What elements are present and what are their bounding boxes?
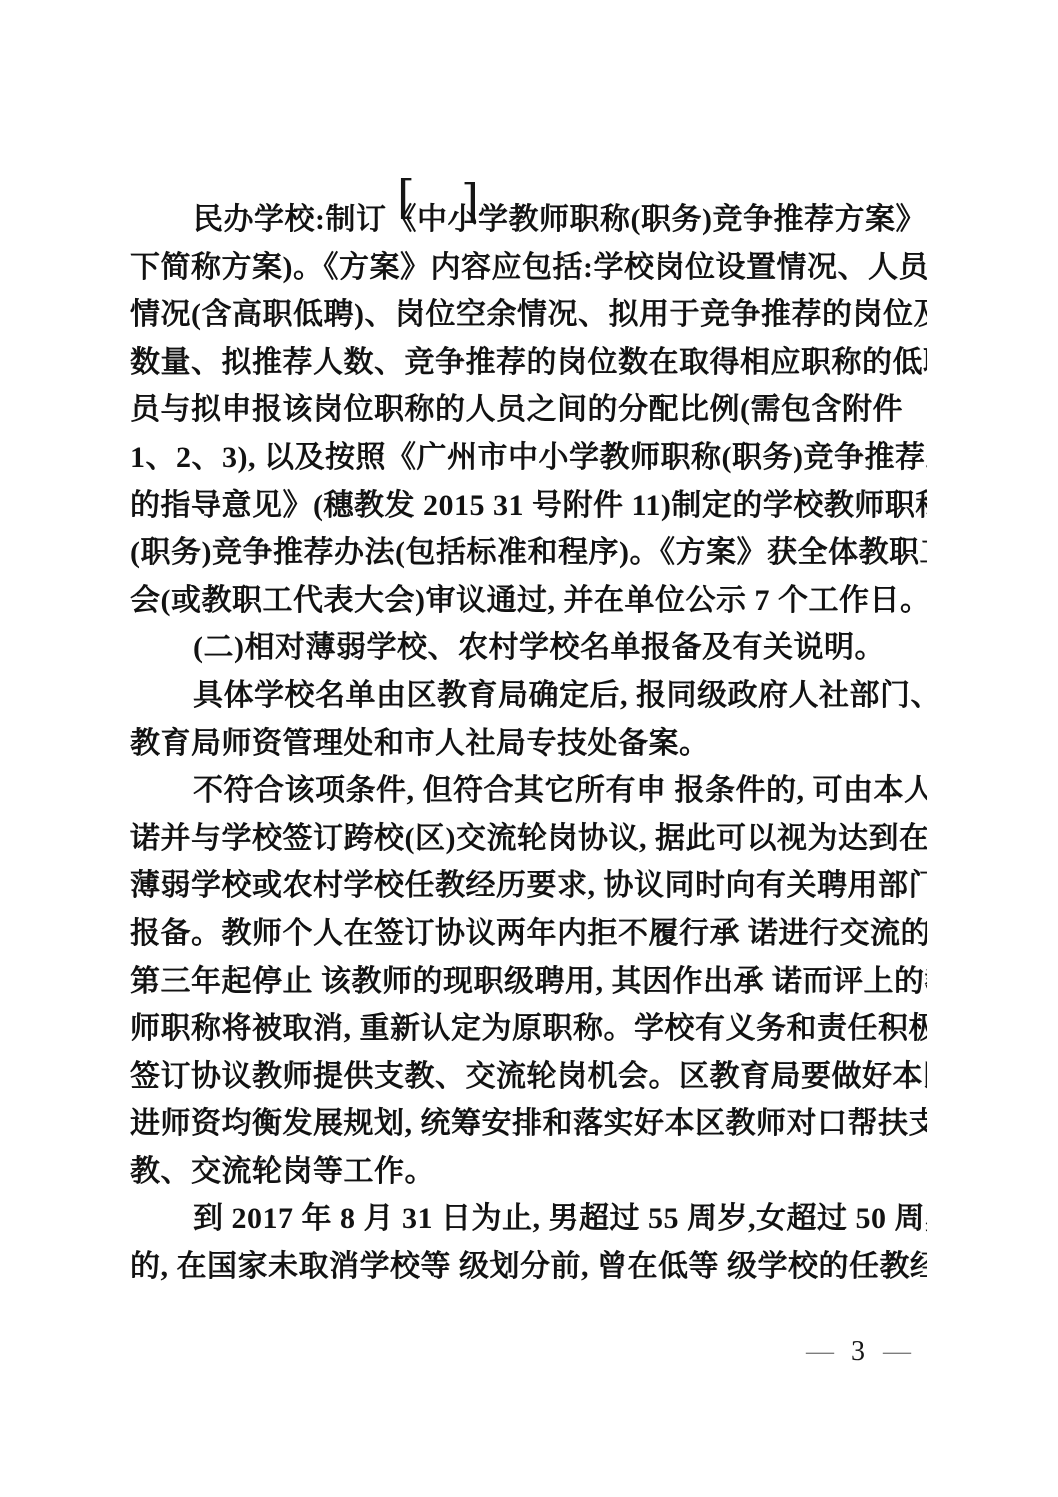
text-line: 具体学校名单由区教育局确定后, 报同级政府人社部门、市 [130, 672, 927, 720]
text-line: 到 2017 年 8 月 31 日为止, 男超过 55 周岁,女超过 50 周岁 [130, 1195, 927, 1243]
text-line: 报备。教师个人在签订协议两年内拒不履行承 诺进行交流的, 从 [130, 910, 927, 958]
page-number-value: 3 [851, 1334, 865, 1370]
document-body: 民办学校:制订《中小学教师职称(职务)竞争推荐方案》(以 下简称方案)。《方案》… [130, 196, 927, 1291]
text-line: 教、交流轮岗等工作。 [130, 1148, 927, 1196]
text-line: 1、2、3), 以及按照《广州市中小学教师职称(职务)竞争推荐工作 [130, 434, 927, 482]
text-line: (职务)竞争推荐办法(包括标准和程序)。《方案》获全体教职工大 [130, 529, 927, 577]
document-page: [ ] 民办学校:制订《中小学教师职称(职务)竞争推荐方案》(以 下简称方案)。… [0, 0, 1058, 1497]
text-line: 会(或教职工代表大会)审议通过, 并在单位公示 7 个工作日。 [130, 577, 927, 625]
text-line: 诺并与学校签订跨校(区)交流轮岗协议, 据此可以视为达到在 [130, 815, 927, 863]
text-line: 情况(含高职低聘)、岗位空余情况、拟用于竞争推荐的岗位及其 [130, 291, 927, 339]
text-line: 数量、拟推荐人数、竞争推荐的岗位数在取得相应职称的低聘人 [130, 339, 927, 387]
text-line: 的指导意见》(穗教发 2015 31 号附件 11)制定的学校教师职称 [130, 482, 927, 530]
page-number-dash-right: — [883, 1334, 910, 1370]
text-line: 不符合该项条件, 但符合其它所有申 报条件的, 可由本人承 [130, 767, 927, 815]
page-number: — 3 — [806, 1334, 910, 1370]
text-line: 教育局师资管理处和市人社局专技处备案。 [130, 720, 927, 768]
page-number-dash-left: — [806, 1334, 833, 1370]
text-line: 的, 在国家未取消学校等 级划分前, 曾在低等 级学校的任教经历 [130, 1243, 927, 1291]
text-line: 第三年起停止 该教师的现职级聘用, 其因作出承 诺而评上的教 [130, 958, 927, 1006]
text-line: 民办学校:制订《中小学教师职称(职务)竞争推荐方案》(以 [130, 196, 927, 244]
text-line: 员与拟申报该岗位职称的人员之间的分配比例(需包含附件 [130, 386, 927, 434]
text-line: 下简称方案)。《方案》内容应包括:学校岗位设置情况、人员聘用 [130, 244, 927, 292]
text-line: 进师资均衡发展规划, 统筹安排和落实好本区教师对口帮扶支 [130, 1100, 927, 1148]
text-line: 薄弱学校或农村学校任教经历要求, 协议同时向有关聘用部门 [130, 862, 927, 910]
text-line: 师职称将被取消, 重新认定为原职称。学校有义务和责任积极为 [130, 1005, 927, 1053]
text-line: 签订协议教师提供支教、交流轮岗机会。区教育局要做好本区促 [130, 1053, 927, 1101]
text-line: (二)相对薄弱学校、农村学校名单报备及有关说明。 [130, 624, 927, 672]
